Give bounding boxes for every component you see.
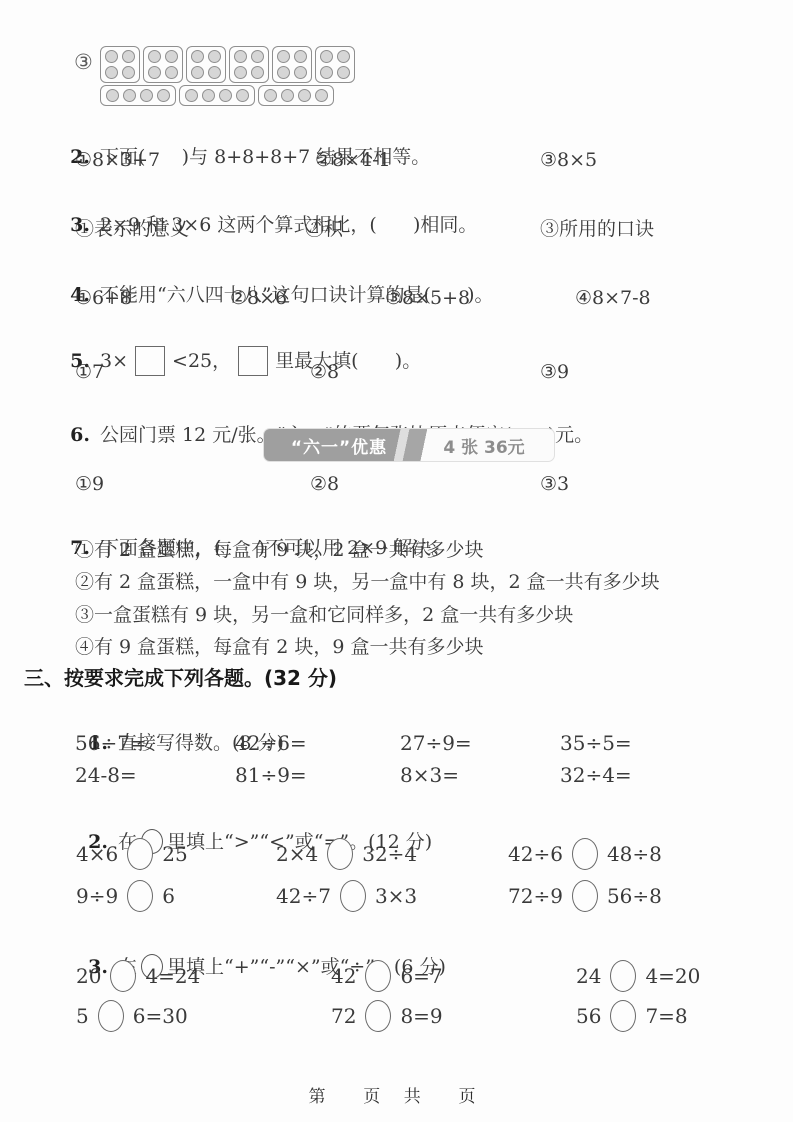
- counter-box: [143, 46, 183, 83]
- option: ④8×7-8: [575, 284, 651, 312]
- operator-fill-row: 56=30 728=9 567=8: [0, 1000, 793, 1032]
- right-expression: 6: [162, 884, 175, 908]
- option: ③所用的口诀: [540, 215, 654, 243]
- option: ①表示的意义: [75, 215, 305, 243]
- counter-circle: [208, 66, 221, 79]
- answer-circle: [610, 960, 636, 992]
- counter-circle: [208, 50, 221, 63]
- answer-circle: [365, 960, 391, 992]
- answer-circle: [127, 880, 153, 912]
- counter-circle: [157, 89, 170, 102]
- counters-rows: [100, 46, 355, 106]
- option: ③8×5: [540, 146, 597, 174]
- answer-circle: [572, 880, 598, 912]
- counter-circle: [294, 50, 307, 63]
- answer-circle: [340, 880, 366, 912]
- counter-circle: [185, 89, 198, 102]
- counter-box: [272, 46, 312, 83]
- counter-circle: [122, 50, 135, 63]
- counter-circle: [337, 50, 350, 63]
- question-7-option-4: ④有 9 盒蛋糕，每盒有 2 块，9 盒一共有多少块: [0, 633, 793, 661]
- counter-circle: [165, 50, 178, 63]
- answer-circle: [110, 960, 136, 992]
- counters-diagram: ③: [74, 46, 793, 106]
- option: ③8×5+8: [385, 284, 575, 312]
- right-expression: 48÷8: [607, 842, 662, 866]
- diagram-top-row: [100, 46, 355, 83]
- counter-circle: [140, 89, 153, 102]
- right-equation: 8=9: [400, 1004, 442, 1028]
- page-footer: 第 页 共 页: [0, 1082, 793, 1107]
- left-number: 42: [331, 964, 356, 988]
- counter-circle: [202, 89, 215, 102]
- left-number: 24: [576, 964, 601, 988]
- right-expression: 32÷4: [362, 842, 417, 866]
- question-4-options: ①6+8 ②8×6 ③8×5+8 ④8×7-8: [0, 284, 793, 312]
- option: ①6+8: [75, 284, 230, 312]
- option: ①7: [75, 358, 310, 386]
- calc-row: 24-8= 81÷9= 8×3= 32÷4=: [0, 763, 793, 787]
- operator-fill-row: 204=24 426=7 244=20: [0, 960, 793, 992]
- counter-box: [258, 85, 334, 106]
- section-3-title: 三、按要求完成下列各题。(32 分): [0, 662, 793, 691]
- counter-circle: [191, 50, 204, 63]
- option: ②积: [305, 215, 540, 243]
- left-number: 20: [76, 964, 101, 988]
- comparison-item: 2×432÷4: [276, 838, 508, 870]
- right-equation: 6=7: [400, 964, 442, 988]
- option: ①9: [75, 470, 310, 498]
- counter-box: [100, 46, 140, 83]
- question-2-options: ①8×3+7 ②8×4-1 ③8×5: [0, 146, 793, 174]
- banner-discount-label: “六一”优惠: [264, 433, 414, 458]
- counter-circle: [320, 50, 333, 63]
- operator-fill-item: 567=8: [576, 1000, 688, 1032]
- option: ③9: [540, 358, 569, 386]
- comparison-item: 9÷96: [76, 880, 276, 912]
- answer-circle: [572, 838, 598, 870]
- option: ③3: [540, 470, 569, 498]
- option: ①8×3+7: [75, 146, 315, 174]
- right-expression: 3×3: [375, 884, 417, 908]
- left-expression: 42÷6: [508, 842, 563, 866]
- right-expression: 25: [162, 842, 187, 866]
- counter-box: [229, 46, 269, 83]
- left-number: 5: [76, 1004, 89, 1028]
- counter-circle: [234, 66, 247, 79]
- question-7-option-1: ①有 2 盒蛋糕，每盒有 9 块，2 盒一共有多少块: [0, 536, 793, 564]
- counter-circle: [277, 50, 290, 63]
- left-expression: 4×6: [76, 842, 118, 866]
- counter-circle: [277, 66, 290, 79]
- right-equation: 7=8: [645, 1004, 687, 1028]
- counter-circle: [105, 50, 118, 63]
- right-equation: 4=24: [145, 964, 200, 988]
- right-expression: 56÷8: [607, 884, 662, 908]
- counter-circle: [337, 66, 350, 79]
- calc-item: 24-8=: [75, 763, 235, 787]
- question-6-number: 6.: [70, 424, 90, 446]
- calc-item: 27÷9=: [400, 731, 560, 755]
- counter-circle: [251, 66, 264, 79]
- operator-fill-item: 56=30: [76, 1000, 331, 1032]
- right-equation: 4=20: [645, 964, 700, 988]
- comparison-item: 42÷73×3: [276, 880, 508, 912]
- counter-circle: [236, 89, 249, 102]
- left-number: 72: [331, 1004, 356, 1028]
- counter-circle: [298, 89, 311, 102]
- counter-circle: [106, 89, 119, 102]
- left-number: 56: [576, 1004, 601, 1028]
- counter-box: [315, 46, 355, 83]
- operator-fill-item: 204=24: [76, 960, 331, 992]
- left-expression: 42÷7: [276, 884, 331, 908]
- discount-ticket-banner: “六一”优惠 4 张 36元: [263, 428, 555, 462]
- option: ②8: [310, 358, 540, 386]
- option: ②8: [310, 470, 540, 498]
- calc-item: 32÷4=: [560, 763, 632, 787]
- counter-box: [100, 85, 176, 106]
- counter-circle: [105, 66, 118, 79]
- counter-circle: [294, 66, 307, 79]
- question-7-option-2: ②有 2 盒蛋糕，一盒中有 9 块，另一盒中有 8 块，2 盒一共有多少块: [0, 568, 793, 596]
- comparison-row: 4×625 2×432÷4 42÷648÷8: [0, 838, 793, 870]
- answer-circle: [327, 838, 353, 870]
- answer-circle: [127, 838, 153, 870]
- calc-item: 8×3=: [400, 763, 560, 787]
- worksheet-page: ③ 2.下面( )与 8+8+8+7 结果不相等。 ①8×3+7 ②8×4-1 …: [0, 0, 793, 1122]
- comparison-item: 72÷956÷8: [508, 880, 662, 912]
- left-expression: 2×4: [276, 842, 318, 866]
- option-3-label: ③: [74, 50, 93, 74]
- right-equation: 6=30: [133, 1004, 188, 1028]
- counter-circle: [191, 66, 204, 79]
- counter-box: [179, 85, 255, 106]
- question-7-option-3: ③一盒蛋糕有 9 块，另一盒和它同样多，2 盒一共有多少块: [0, 601, 793, 629]
- counter-circle: [219, 89, 232, 102]
- answer-circle: [98, 1000, 124, 1032]
- answer-circle: [365, 1000, 391, 1032]
- banner-price-label: 4 张 36元: [414, 433, 554, 458]
- counter-circle: [315, 89, 328, 102]
- calc-item: 81÷9=: [235, 763, 400, 787]
- question-6-options: ①9 ②8 ③3: [0, 470, 793, 498]
- calc-item: 42÷6=: [235, 731, 400, 755]
- counter-circle: [234, 50, 247, 63]
- left-expression: 9÷9: [76, 884, 118, 908]
- option: ②8×4-1: [315, 146, 540, 174]
- comparison-item: 4×625: [76, 838, 276, 870]
- counter-box: [186, 46, 226, 83]
- option: ②8×6: [230, 284, 385, 312]
- counter-circle: [123, 89, 136, 102]
- counter-circle: [281, 89, 294, 102]
- counter-circle: [165, 66, 178, 79]
- diagram-bottom-row: [100, 85, 355, 106]
- comparison-row: 9÷96 42÷73×3 72÷956÷8: [0, 880, 793, 912]
- operator-fill-item: 244=20: [576, 960, 700, 992]
- counter-circle: [264, 89, 277, 102]
- left-expression: 72÷9: [508, 884, 563, 908]
- operator-fill-item: 728=9: [331, 1000, 576, 1032]
- answer-circle: [610, 1000, 636, 1032]
- counter-circle: [148, 66, 161, 79]
- counter-circle: [320, 66, 333, 79]
- comparison-item: 42÷648÷8: [508, 838, 662, 870]
- calc-item: 35÷5=: [560, 731, 632, 755]
- question-3-options: ①表示的意义 ②积 ③所用的口诀: [0, 215, 793, 243]
- counter-circle: [148, 50, 161, 63]
- question-5-options: ①7 ②8 ③9: [0, 358, 793, 386]
- operator-fill-item: 426=7: [331, 960, 576, 992]
- calc-item: 56÷7=: [75, 731, 235, 755]
- counter-circle: [122, 66, 135, 79]
- calc-row: 56÷7= 42÷6= 27÷9= 35÷5=: [0, 731, 793, 755]
- counter-circle: [251, 50, 264, 63]
